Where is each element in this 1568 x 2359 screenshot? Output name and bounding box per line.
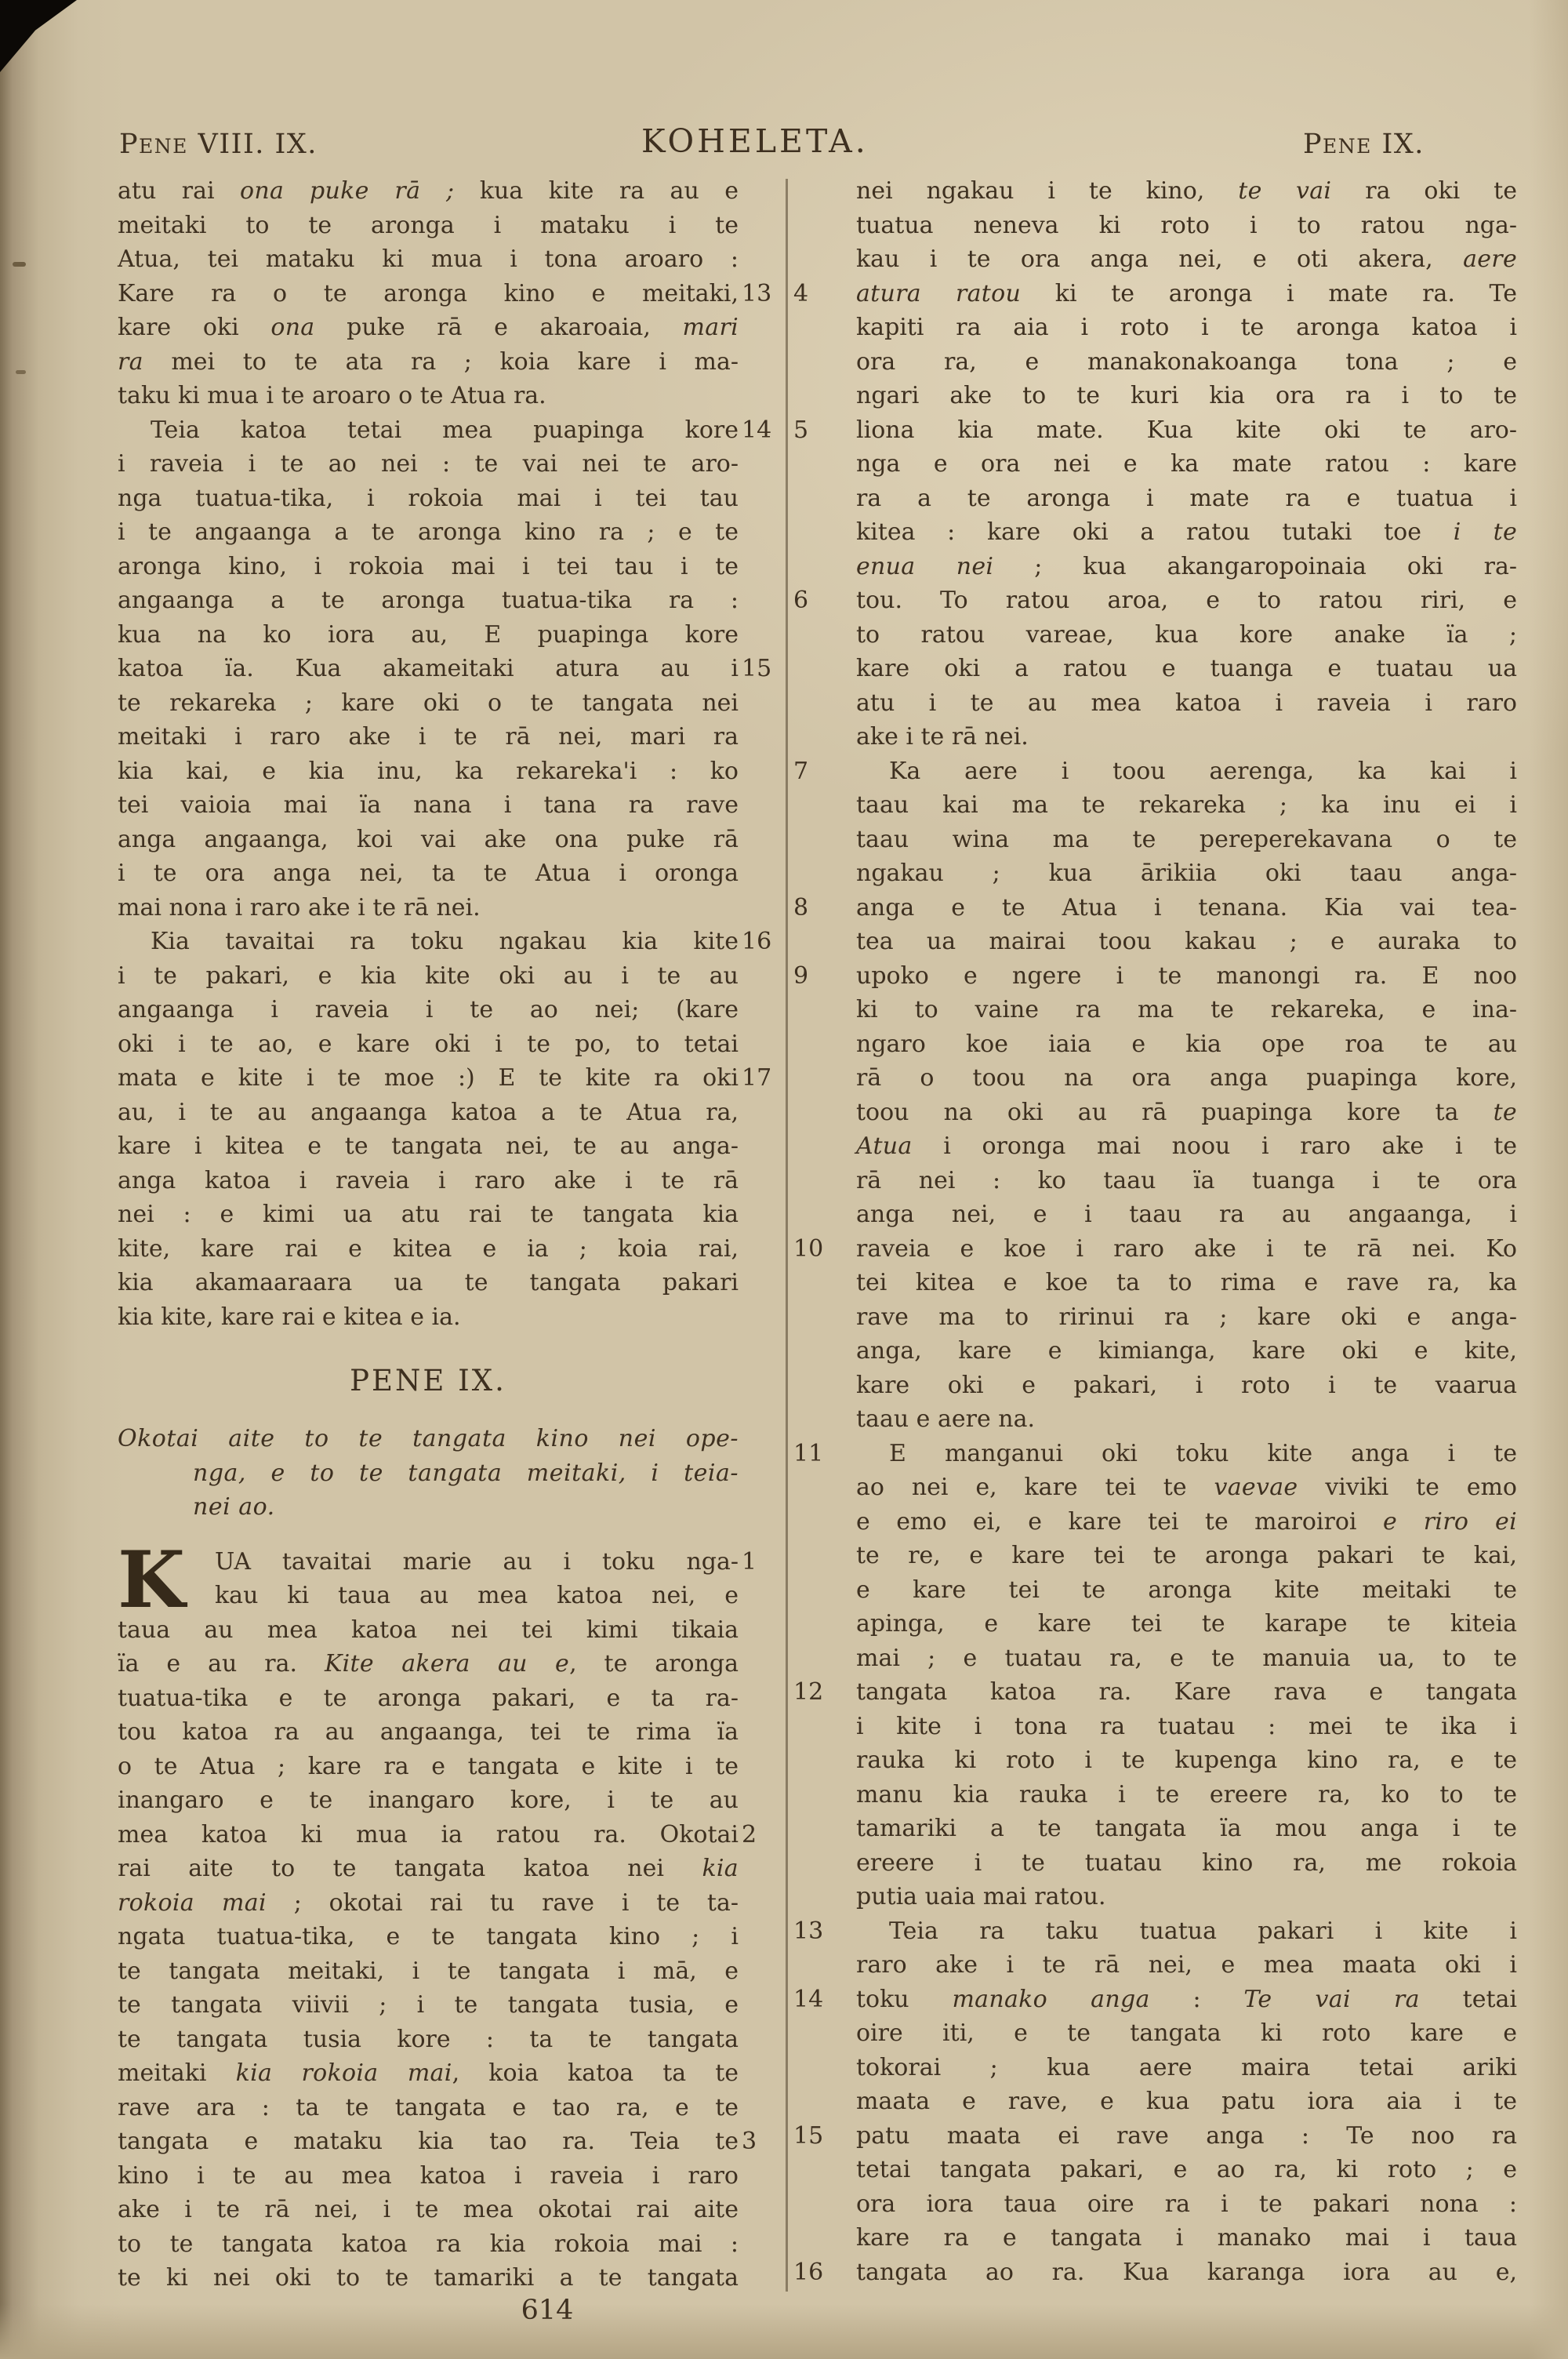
text-line: taau wina ma te pereperekavana o te: [856, 823, 1517, 857]
verse-number: 4: [793, 277, 844, 311]
text-line: tangata katoa ra. Kare rava e tangata12: [856, 1675, 1517, 1710]
text-line: kau ki taua au mea katoa nei, e: [118, 1579, 739, 1613]
text-line: toou na oki au rā puapinga kore ta te: [856, 1096, 1517, 1130]
text-line: angaanga i raveia i te ao nei; (kare: [118, 993, 739, 1027]
text-line: ngakau ; kua ārikiia oki taau anga-: [856, 856, 1517, 891]
text-line: kare oki e pakari, i roto i te vaarua: [856, 1369, 1517, 1403]
running-head-title: KOHELETA.: [641, 122, 869, 160]
text-line: to te tangata katoa ra kia rokoia mai :: [118, 2227, 739, 2262]
text-line: kia akamaaraara ua te tangata pakari: [118, 1266, 739, 1300]
text-line: te ki nei oki to te tamariki a te tangat…: [118, 2261, 739, 2295]
text-line: taau e aere na.: [856, 1402, 1517, 1437]
text-line: atu rai ona puke rā ; kua kite ra au e: [118, 174, 739, 209]
text-line: tuatua-tika e te aronga pakari, e ta ra-: [118, 1681, 739, 1716]
margin-mark: [13, 262, 26, 267]
text-line: oire iti, e te tangata ki roto kare e: [856, 2016, 1517, 2051]
text-line: kia kai, e kia inu, ka rekareka'i : ko: [118, 754, 739, 789]
text-line: kitea : kare oki a ratou tutaki toe i te: [856, 515, 1517, 550]
verse-paragraph: KUA tavaitai marie au i toku nga-1kau ki…: [118, 1545, 739, 2295]
column-divider-rule: [786, 179, 788, 2292]
text-line: kare oki ona puke rā e akaroaia, mari: [118, 311, 739, 345]
text-line: apinga, e kare tei te karape te kiteia: [856, 1607, 1517, 1641]
text-line: kare ra e tangata i manako mai i taua: [856, 2221, 1517, 2255]
text-line: ngaro koe iaia e kia ope roa te au: [856, 1027, 1517, 1062]
text-line: taku ki mua i te aroaro o te Atua ra.: [118, 379, 739, 413]
text-line: rokoia mai ; okotai rai tu rave i te ta-: [118, 1886, 739, 1921]
verse-number: 12: [793, 1675, 844, 1710]
text-line: rauka ki roto i te kupenga kino ra, e te: [856, 1743, 1517, 1778]
text-line: i te angaanga a te aronga kino ra ; e te: [118, 515, 739, 550]
verse-number: 16: [793, 2255, 844, 2290]
text-line: kare oki a ratou e tuanga e tuatau ua: [856, 652, 1517, 686]
verse-number: 8: [793, 891, 844, 925]
text-line: inangaro e te inangaro kore, i te au: [118, 1783, 739, 1818]
text-line: maata e rave, e kua patu iora aia i te: [856, 2085, 1517, 2119]
text-line: rā nei : ko taau ïa tuanga i te ora: [856, 1164, 1517, 1198]
text-line: aronga kino, i rokoia mai i tei tau i te: [118, 550, 739, 584]
verse-number: 2: [742, 1818, 789, 1852]
text-line: rā o toou na ora anga puapinga kore,: [856, 1061, 1517, 1096]
chapter-heading: PENE IX.: [118, 1361, 739, 1401]
text-line: oki i te ao, e kare oki i te po, to teta…: [118, 1027, 739, 1062]
text-line: o te Atua ; kare ra e tangata e kite i t…: [118, 1750, 739, 1784]
text-line: kare i kitea e te tangata nei, te au ang…: [118, 1129, 739, 1164]
text-line: to ratou vareae, kua kore anake ïa ;: [856, 618, 1517, 652]
text-line: i kite i tona ra tuatau : mei te ika i: [856, 1710, 1517, 1744]
text-line: nei ngakau i te kino, te vai ra oki te: [856, 174, 1517, 209]
text-line: nga tuatua-tika, i rokoia mai i tei tau: [118, 482, 739, 516]
text-line: ao nei e, kare tei te vaevae viviki te e…: [856, 1470, 1517, 1505]
text-line: ra mei to te ata ra ; koia kare i ma-: [118, 345, 739, 380]
text-line: ake i te rā nei.: [856, 720, 1517, 754]
text-line: tangata ao ra. Kua karanga iora au e,16: [856, 2255, 1517, 2290]
text-line: putia uaia mai ratou.: [856, 1880, 1517, 1914]
text-line: kua na ko iora au, E puapinga kore: [118, 618, 739, 652]
running-head-right: Pene IX.: [1303, 129, 1425, 160]
text-line: ereere i te tuatau kino ra, me rokoia: [856, 1846, 1517, 1881]
text-line: rai aite to te tangata katoa nei kia: [118, 1852, 739, 1886]
verse-number: 14: [742, 413, 789, 448]
verse-number: 15: [793, 2119, 844, 2154]
text-line: kino i te au mea katoa i raveia i raro: [118, 2159, 739, 2194]
text-line: liona kia mate. Kua kite oki te aro-5: [856, 413, 1517, 448]
text-line: anga, kare e kimianga, kare oki e kite,: [856, 1334, 1517, 1369]
text-line: Kare ra o te aronga kino e meitaki,13: [118, 277, 739, 311]
text-line: mai ; e tuatau ra, e te manuia ua, to te: [856, 1641, 1517, 1676]
text-line: nei ao.: [118, 1490, 739, 1525]
text-line: anga e te Atua i tenana. Kia vai tea-8: [856, 891, 1517, 925]
text-line: nei : e kimi ua atu rai te tangata kia: [118, 1198, 739, 1232]
text-line: patu maata ei rave anga : Te noo ra15: [856, 2119, 1517, 2154]
text-line: anga nei, e i taau ra au angaanga, i: [856, 1198, 1517, 1232]
text-line: ki to vaine ra ma te rekareka, e ina-: [856, 993, 1517, 1027]
verse-number: 15: [742, 652, 789, 686]
text-line: ïa e au ra. Kite akera au e, te aronga: [118, 1647, 739, 1681]
text-line: atu i te au mea katoa i raveia i raro: [856, 686, 1517, 721]
text-line: te re, e kare tei te aronga pakari te ka…: [856, 1539, 1517, 1573]
text-line: tangata e mataku kia tao ra. Teia te3: [118, 2125, 739, 2159]
running-head-left: Pene VIII. IX.: [119, 129, 318, 160]
text-line: ake i te rā nei, i te mea okotai rai ait…: [118, 2193, 739, 2227]
text-line: mea katoa ki mua ia ratou ra. Okotai2: [118, 1818, 739, 1852]
text-line: ora iora taua oire ra i te pakari nona :: [856, 2187, 1517, 2222]
text-line: enua nei ; kua akangaropoinaia oki ra-: [856, 550, 1517, 584]
text-line: tou katoa ra au angaanga, tei te rima ïa: [118, 1715, 739, 1750]
text-line: raveia e koe i raro ake i te rā nei. Ko1…: [856, 1232, 1517, 1267]
text-line: Okotai aite to te tangata kino nei ope-: [118, 1422, 739, 1456]
text-line: nga e ora nei e ka mate ratou : kare: [856, 447, 1517, 482]
text-line: Kia tavaitai ra toku ngakau kia kite16: [118, 925, 739, 959]
verse-number: 14: [793, 1983, 844, 2017]
text-line: rave ma to ririnui ra ; kare oki e anga-: [856, 1300, 1517, 1335]
text-line: tou. To ratou aroa, e to ratou riri, e6: [856, 583, 1517, 618]
verse-number: 6: [793, 583, 844, 618]
text-line: tokorai ; kua aere maira tetai ariki: [856, 2051, 1517, 2085]
text-line: angaanga a te aronga tuatua-tika ra :: [118, 583, 739, 618]
text-line: meitaki i raro ake i te rā nei, mari ra: [118, 720, 739, 754]
text-line: te tangata viivii ; i te tangata tusia, …: [118, 1988, 739, 2023]
text-line: Atua i oronga mai noou i raro ake i te: [856, 1129, 1517, 1164]
verse-number: 13: [742, 277, 789, 311]
text-line: tetai tangata pakari, e ao ra, ki roto ;…: [856, 2153, 1517, 2187]
text-line: taua au mea katoa nei tei kimi tikaia: [118, 1613, 739, 1648]
text-line: Atua, tei mataku ki mua i tona aroaro :: [118, 242, 739, 277]
text-line: ngata tuatua-tika, e te tangata kino ; i: [118, 1920, 739, 1954]
text-line: kapiti ra aia i roto i te aronga katoa i: [856, 311, 1517, 345]
text-line: meitaki kia rokoia mai, koia katoa ta te: [118, 2056, 739, 2091]
right-text-column: nei ngakau i te kino, te vai ra oki tetu…: [856, 174, 1517, 2289]
text-line: i te pakari, e kia kite oki au i te au: [118, 959, 739, 994]
verse-number: 5: [793, 413, 844, 448]
text-line: manu kia rauka i te ereere ra, ko to te: [856, 1778, 1517, 1812]
text-line: Teia ra taku tuatua pakari i kite i13: [856, 1914, 1517, 1949]
scanned-book-page: { "page": { "header": { "left": "Pene VI…: [0, 0, 1568, 2359]
text-line: upoko e ngere i te manongi ra. E noo9: [856, 959, 1517, 994]
text-line: au, i te au angaanga katoa a te Atua ra,: [118, 1096, 739, 1130]
verse-number: 17: [742, 1061, 789, 1096]
text-line: kite, kare rai e kitea e ia ; koia rai,: [118, 1232, 739, 1267]
chapter-summary: Okotai aite to te tangata kino nei ope-n…: [118, 1422, 739, 1525]
text-line: anga katoa i raveia i raro ake i te rā: [118, 1164, 739, 1198]
verse-number: 11: [793, 1437, 844, 1471]
text-line: anga angaanga, koi vai ake ona puke rā: [118, 823, 739, 857]
text-line: ra a te aronga i mate ra e tuatua i: [856, 482, 1517, 516]
text-line: te tangata meitaki, i te tangata i mā, e: [118, 1954, 739, 1989]
page-number: 614: [437, 2295, 657, 2326]
verse-number: 3: [742, 2125, 789, 2159]
verse-number: 1: [742, 1545, 789, 1579]
text-line: mata e kite i te moe :) E te kite ra oki…: [118, 1061, 739, 1096]
text-line: Ka aere i toou aerenga, ka kai i7: [856, 754, 1517, 789]
text-line: mai nona i raro ake i te rā nei.: [118, 891, 739, 925]
text-line: tei vaioia mai ïa nana i tana ra rave: [118, 788, 739, 823]
text-line: i te ora anga nei, ta te Atua i oronga: [118, 856, 739, 891]
text-line: kia kite, kare rai e kitea e ia.: [118, 1300, 739, 1335]
text-line: tea ua mairai toou kakau ; e auraka to: [856, 925, 1517, 959]
text-line: UA tavaitai marie au i toku nga-1: [118, 1545, 739, 1579]
text-line: ora ra, e manakonakoanga tona ; e: [856, 345, 1517, 380]
text-line: tuatua neneva ki roto i to ratou nga-: [856, 209, 1517, 243]
verse-number: 16: [742, 925, 789, 959]
text-line: tei kitea e koe ta to rima e rave ra, ka: [856, 1266, 1517, 1300]
left-text-column: atu rai ona puke rā ; kua kite ra au eme…: [118, 174, 739, 2295]
verse-number: 7: [793, 754, 844, 789]
text-line: meitaki to te aronga i mataku i te: [118, 209, 739, 243]
text-line: tamariki a te tangata ïa mou anga i te: [856, 1812, 1517, 1846]
text-line: ngari ake to te kuri kia ora ra i to te: [856, 379, 1517, 413]
text-line: te rekareka ; kare oki o te tangata nei: [118, 686, 739, 721]
verse-number: 13: [793, 1914, 844, 1949]
text-line: te tangata tusia kore : ta te tangata: [118, 2023, 739, 2057]
text-line: katoa ïa. Kua akameitaki atura au i15: [118, 652, 739, 686]
verse-number: 10: [793, 1232, 844, 1267]
text-line: Teia katoa tetai mea puapinga kore14: [118, 413, 739, 448]
text-line: atura ratou ki te aronga i mate ra. Te4: [856, 277, 1517, 311]
text-line: kau i te ora anga nei, e oti akera, aere: [856, 242, 1517, 277]
text-line: E manganui oki toku kite anga i te11: [856, 1437, 1517, 1471]
text-line: raro ake i te rā nei, e mea maata oki i: [856, 1948, 1517, 1983]
text-line: e kare tei te aronga kite meitaki te: [856, 1573, 1517, 1608]
text-line: e emo ei, e kare tei te maroiroi e riro …: [856, 1505, 1517, 1539]
text-line: i raveia i te ao nei : te vai nei te aro…: [118, 447, 739, 482]
text-line: nga, e to te tangata meitaki, i teia-: [118, 1456, 739, 1491]
margin-mark: [16, 370, 26, 374]
text-line: toku manako anga : Te vai ra tetai14: [856, 1983, 1517, 2017]
verse-number: 9: [793, 959, 844, 994]
text-line: taau kai ma te rekareka ; ka inu ei i: [856, 788, 1517, 823]
text-line: rave ara : ta te tangata e tao ra, e te: [118, 2091, 739, 2125]
